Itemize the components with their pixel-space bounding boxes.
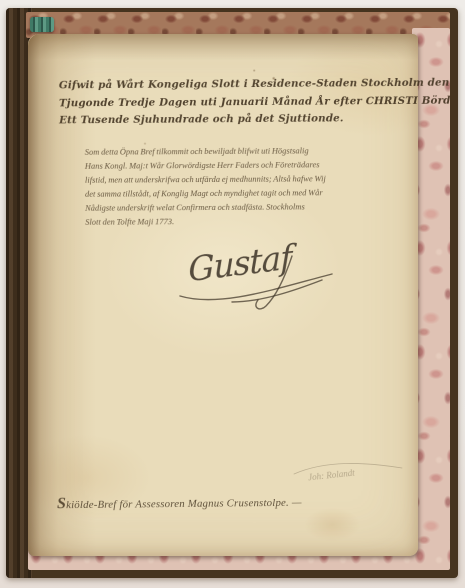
docket-text: kiölde-Bref för Assessoren Magnus Crusen…: [66, 497, 302, 511]
page-top-shadow: [28, 34, 418, 60]
royal-signature: Gustaf: [174, 240, 344, 318]
book-cover: Gifwit på Wårt Kongeliga Slott i Residen…: [6, 8, 458, 578]
parchment-page: Gifwit på Wårt Kongeliga Slott i Residen…: [28, 34, 418, 556]
docket-line: Skiölde-Bref för Assessoren Magnus Cruse…: [57, 493, 302, 514]
manuscript-line: Slott den Tolfte Maji 1773.: [85, 215, 326, 231]
signature-flourish: [174, 240, 344, 318]
photo-background: Gifwit på Wårt Kongeliga Slott i Residen…: [0, 0, 465, 588]
manuscript-line: Nådigste underskrift welat Confirmera oc…: [85, 201, 326, 217]
manuscript-line: det samma tillstådt, af Konglig Magt och…: [85, 187, 326, 203]
manuscript-line: Som detta Öpna Bref tilkommit och bewilj…: [85, 144, 326, 160]
manuscript-line: Tjugonde Tredje Dagen uti Januarii Månad…: [59, 92, 451, 112]
manuscript-line: Hans Kongl. Maj:t Wår Glorwördigste Herr…: [85, 158, 326, 174]
manuscript-line: Gifwit på Wårt Kongeliga Slott i Residen…: [59, 75, 451, 95]
manuscript-line: Ett Tusende Sjuhundrade och på det Sjutt…: [59, 110, 451, 130]
manuscript-line: lifstid, men att underskrifwa och utfärd…: [85, 172, 326, 188]
paragraph-confirmation: Som detta Öpna Bref tilkommit och bewilj…: [85, 144, 326, 230]
faint-inscription: Joh: Rolandt: [290, 454, 420, 494]
paragraph-dating: Gifwit på Wårt Kongeliga Slott i Residen…: [59, 75, 451, 131]
endband: [30, 17, 54, 32]
docket-initial: S: [57, 495, 66, 512]
